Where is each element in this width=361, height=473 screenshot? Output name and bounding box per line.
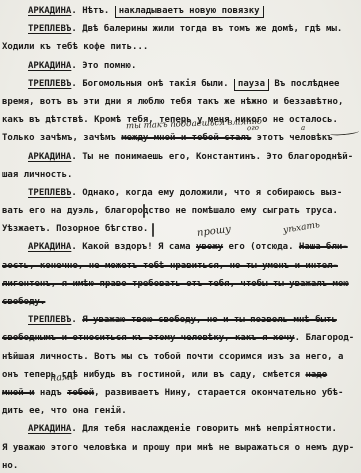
typed-text: Въ послѣднее <box>269 79 339 89</box>
typed-text: этотъ человѣкъ <box>251 133 332 143</box>
boxed-stage-direction: накладываетъ новую повязку <box>115 6 264 18</box>
typed-text: время, вотъ въ эти дни я люблю тебя такъ… <box>2 97 343 107</box>
struck-text: Наша бли- <box>299 242 348 252</box>
speaker-name: ТРЕПЛЕВЪ <box>28 24 71 34</box>
typescript-line: время, вотъ въ эти дни я люблю тебя такъ… <box>2 93 361 111</box>
typed-text: . Благород- <box>295 333 355 343</box>
struck-text: зость, конечно, не можетъ тебѣ нравиться… <box>2 261 338 271</box>
speaker-name: АРКАДИНА <box>28 242 71 252</box>
typescript-line: АРКАДИНА. Какой вздоръ! Я сама увожу его… <box>2 238 361 256</box>
typed-text: надъ <box>35 388 68 398</box>
speaker-name: ТРЕПЛЕВЪ <box>28 188 71 198</box>
struck-text: тобой <box>67 388 94 398</box>
typescript-line: АРКАДИНА. Для тебя наслажденіе говорить … <box>2 420 361 438</box>
typed-text: . Какой вздоръ! Я сама <box>71 242 196 252</box>
typed-text: шая личность. <box>2 170 72 180</box>
typed-text: . Двѣ балерины жили тогда въ томъ же дом… <box>71 24 342 34</box>
pencil-mark <box>143 204 145 218</box>
typed-text: . Однако, когда ему доложили, что я соби… <box>71 188 342 198</box>
pencil-mark <box>152 223 154 237</box>
typed-text: нѣйшая личность. Вотъ мы съ тобой почти … <box>2 352 343 362</box>
struck-text: увожу <box>196 242 223 252</box>
typed-text: . Ты не понимаешь его, Константинъ. Это … <box>71 152 353 162</box>
typed-text: вать его на дуэль, благородство не помѣш… <box>2 206 338 216</box>
typescript-line: вать его на дуэль, благородство не помѣш… <box>2 202 361 220</box>
typescript-line: шая личность. <box>2 166 361 184</box>
typed-text: . <box>71 315 82 325</box>
boxed-stage-direction: пауза <box>234 79 269 91</box>
typed-text: , развиваетъ Нину, старается окончательн… <box>94 388 343 398</box>
struck-text: свободу. <box>2 297 45 307</box>
typescript-line: зость, конечно, не можетъ тебѣ нравиться… <box>2 257 361 275</box>
typed-text: онъ теперь гдѣ нибудь въ гостиной, или в… <box>2 370 305 380</box>
typescript-line: ТРЕПЛЕВЪ. Двѣ балерины жили тогда въ том… <box>2 20 361 38</box>
struck-text: надо <box>305 370 327 380</box>
typed-text: . Богомольныя онѣ такія были. <box>71 79 234 89</box>
typescript-line: АРКАДИНА. Это помню. <box>2 57 361 75</box>
typescript-line: Я уважаю этого человѣка и прошу при мнѣ … <box>2 439 361 457</box>
typescript-line: Ходили къ тебѣ кофе пить... <box>2 38 361 56</box>
typed-text: дить ее, что она геній. <box>2 406 127 416</box>
typescript-line: дить ее, что она геній. <box>2 402 361 420</box>
typescript-page: АРКАДИНА. Нѣтъ. накладываетъ новую повяз… <box>0 0 361 473</box>
speaker-name: АРКАДИНА <box>28 424 71 434</box>
typed-text: . Это помню. <box>71 61 136 71</box>
typed-text: Уѣзжаетъ. Позорное бѣгство. <box>2 224 148 234</box>
typed-text: но. <box>2 461 18 471</box>
handwritten-annotation: а <box>301 124 305 132</box>
typed-text: его (отсюда. <box>223 242 299 252</box>
typescript-line: свободнымъ и относиться къ этому человѣк… <box>2 329 361 347</box>
struck-text: свободнымъ и относиться къ этому человѣк… <box>2 333 295 343</box>
typed-text: . Для тебя наслажденіе говорить мнѣ непр… <box>71 424 337 434</box>
handwritten-annotation: нами <box>50 371 77 384</box>
typed-text: Я уважаю этого человѣка и прошу при мнѣ … <box>2 443 354 453</box>
typed-text: . Нѣтъ. <box>71 6 114 16</box>
struck-text: лигентенъ, я имѣю право требовать отъ те… <box>2 279 349 289</box>
speaker-name: ТРЕПЛЕВЪ <box>28 315 71 325</box>
typescript-line: Только зачѣмъ, зачѣмъ между мной и тобой… <box>2 129 361 147</box>
typed-text: Ходили къ тебѣ кофе пить... <box>2 42 148 52</box>
typescript-line: ТРЕПЛЕВЪ. Я уважаю твою свободу, но и ты… <box>2 311 361 329</box>
speaker-name: АРКАДИНА <box>28 6 71 16</box>
typescript-line: но. <box>2 457 361 473</box>
struck-text: между мной и тобой сталъ <box>121 133 251 143</box>
typescript-line: нѣйшая личность. Вотъ мы съ тобой почти … <box>2 348 361 366</box>
handwritten-annotation: ого <box>247 124 259 133</box>
typescript-line: мной и надъ тобой, развиваетъ Нину, стар… <box>2 384 361 402</box>
typescript-line: АРКАДИНА. Нѣтъ. накладываетъ новую повяз… <box>2 2 361 20</box>
speaker-name: АРКАДИНА <box>28 152 71 162</box>
typescript-line: АРКАДИНА. Ты не понимаешь его, Константи… <box>2 148 361 166</box>
typescript-line: свободу. <box>2 293 361 311</box>
typescript-line: ТРЕПЛЕВЪ. Однако, когда ему доложили, чт… <box>2 184 361 202</box>
typescript-line: ТРЕПЛЕВЪ. Богомольныя онѣ такія были. па… <box>2 75 361 93</box>
struck-text: мной и <box>2 388 35 398</box>
typed-text: Только зачѣмъ, зачѣмъ <box>2 133 121 143</box>
speaker-name: АРКАДИНА <box>28 61 71 71</box>
typescript-line: лигентенъ, я имѣю право требовать отъ те… <box>2 275 361 293</box>
struck-text: Я уважаю твою свободу, но и ты позволь м… <box>82 315 337 325</box>
speaker-name: ТРЕПЛЕВЪ <box>28 79 71 89</box>
